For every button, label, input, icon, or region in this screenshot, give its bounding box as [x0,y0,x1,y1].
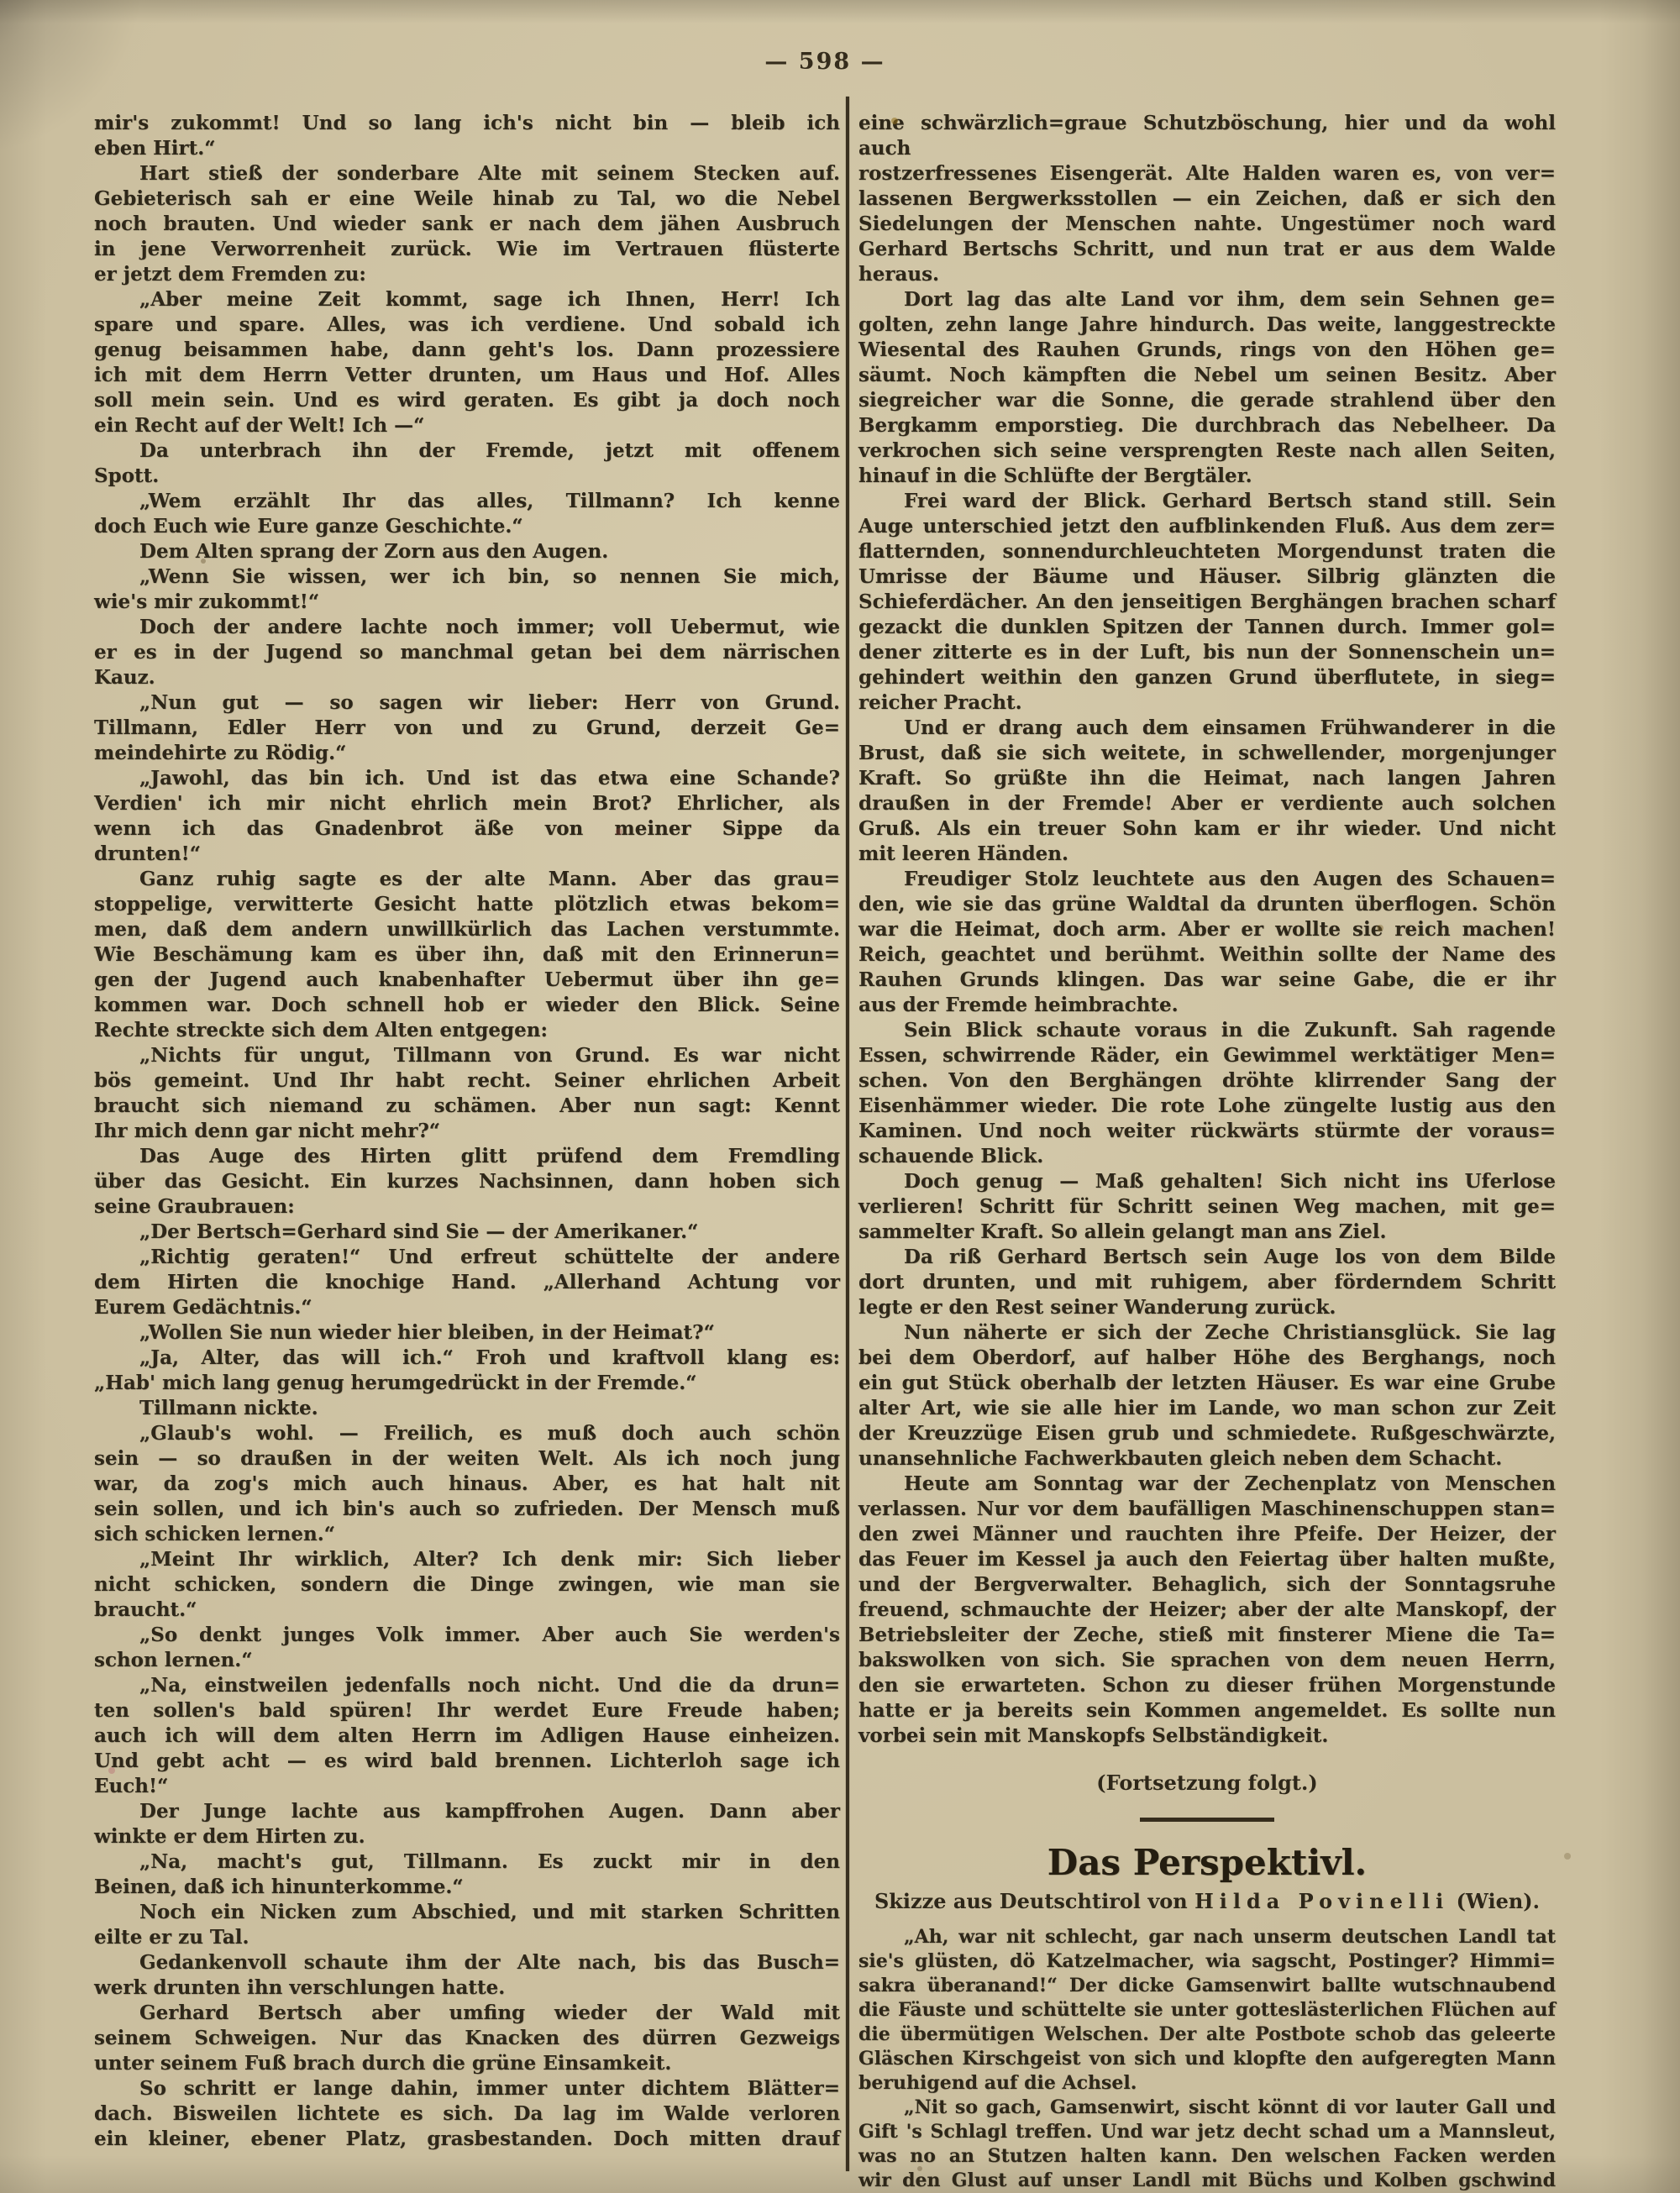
text-line: Siedelungen der Menschen nahte. Ungestüm… [858,212,1556,237]
text-line: braucht sich niemand zu schämen. Aber nu… [94,1094,840,1119]
text-line: vorbei sein mit Manskopfs Selbständigkei… [858,1723,1556,1749]
text-line: „Aber meine Zeit kommt, sage ich Ihnen, … [94,287,840,312]
text-line: „So denkt junges Volk immer. Aber auch S… [94,1623,840,1648]
text-line: seinem Schweigen. Nur das Knacken des dü… [94,2026,840,2051]
text-line: über das Gesicht. Ein kurzes Nachsinnen,… [94,1169,840,1194]
text-line: Dort lag das alte Land vor ihm, dem sein… [858,287,1556,312]
text-line: Gift 's Schlagl treffen. Und war jetz de… [858,2120,1556,2144]
text-line: er jetzt dem Fremden zu: [94,262,840,287]
text-line: Da unterbrach ihn der Fremde, jetzt mit … [94,438,840,464]
paragraph: Hart stieß der sonderbare Alte mit seine… [94,161,840,287]
text-line: Freudiger Stolz leuchtete aus den Augen … [858,867,1556,892]
text-line: sein — so draußen in der weiten Welt. Al… [94,1446,840,1472]
paragraph: „Der Bertsch=Gerhard sind Sie — der Amer… [94,1220,840,1245]
text-line: Wiesental des Rauhen Grunds, rings von d… [858,338,1556,363]
text-line: braucht.“ [94,1598,840,1623]
paragraph: „Nun gut — so sagen wir lieber: Herr von… [94,690,840,766]
text-line: das Feuer im Kessel ja auch den Feiertag… [858,1547,1556,1572]
text-line: Der Junge lachte aus kampffrohen Augen. … [94,1799,840,1824]
left-column: mir's zukommt! Und so lang ich's nicht b… [94,111,840,2152]
text-line: Verdien' ich mir nicht ehrlich mein Brot… [94,791,840,816]
byline-suffix: (Wien). [1449,1889,1540,1913]
paragraph: Sein Blick schaute voraus in die Zukunft… [858,1018,1556,1169]
text-line: mir's zukommt! Und so lang ich's nicht b… [94,111,840,136]
text-line: Rechte streckte sich dem Alten entgegen: [94,1018,840,1043]
paper-specks [0,0,3,3]
text-line: Heute am Sonntag war der Zechenplatz von… [858,1472,1556,1497]
page-number: — 598 — [94,49,1556,75]
text-line: Ihr mich denn gar nicht mehr?“ [94,1119,840,1144]
text-line: ten sollen's bald spüren! Ihr werdet Eur… [94,1698,840,1723]
text-line: Bergkamm emporstieg. Die durchbrach das … [858,413,1556,438]
paragraph: „Nichts für ungut, Tillmann von Grund. E… [94,1043,840,1144]
paragraph: eine schwärzlich=graue Schutzböschung, h… [858,111,1556,287]
text-line: reicher Pracht. [858,690,1556,716]
text-line: mit leeren Händen. [858,842,1556,867]
text-line: Gläschen Kirschgeist von sich und klopft… [858,2047,1556,2071]
text-line: dort drunten, und mit ruhigem, aber förd… [858,1270,1556,1295]
text-line: Noch ein Nicken zum Abschied, und mit st… [94,1900,840,1925]
text-line: „Der Bertsch=Gerhard sind Sie — der Amer… [94,1220,840,1245]
text-line: „Jawohl, das bin ich. Und ist das etwa e… [94,766,840,791]
text-line: Sein Blick schaute voraus in die Zukunft… [858,1018,1556,1043]
text-line: aus der Fremde heimbrachte. [858,993,1556,1018]
paragraph: Gerhard Bertsch aber umfing wieder der W… [94,2001,840,2076]
paragraph: „Jawohl, das bin ich. Und ist das etwa e… [94,766,840,867]
story-title: Das Perspektivl. [858,1844,1556,1882]
text-line: siegreicher war die Sonne, die gerade st… [858,388,1556,413]
paragraph: Doch genug — Maß gehalten! Sich nicht in… [858,1169,1556,1245]
text-line: nicht schicken, sondern die Dinge zwinge… [94,1572,840,1598]
paragraph: „Wollen Sie nun wieder hier bleiben, in … [94,1320,840,1346]
text-line: Das Auge des Hirten glitt prüfend dem Fr… [94,1144,840,1169]
text-line: „Nichts für ungut, Tillmann von Grund. E… [94,1043,840,1068]
paragraph: Dem Alten sprang der Zorn aus den Augen. [94,539,840,564]
text-line: beruhigend auf die Achsel. [858,2071,1556,2096]
text-line: Wie Beschämung kam es über ihn, daß mit … [94,942,840,968]
text-line: „Nun gut — so sagen wir lieber: Herr von… [94,690,840,716]
text-line: meindehirte zu Rödig.“ [94,741,840,766]
text-line: genug beisammen habe, dann geht's los. D… [94,338,840,363]
text-line: säumt. Noch kämpften die Nebel um seinen… [858,363,1556,388]
text-line: winkte er dem Hirten zu. [94,1824,840,1849]
text-line: rostzerfressenes Eisengerät. Alte Halden… [858,161,1556,186]
text-line: „Wollen Sie nun wieder hier bleiben, in … [94,1320,840,1346]
paragraph: So schritt er lange dahin, immer unter d… [94,2076,840,2152]
text-line: den, wie sie das grüne Waldtal da drunte… [858,892,1556,917]
text-line: was no an Stutzen halten kann. Den welsc… [858,2144,1556,2169]
text-line: ich mit dem Herrn Vetter drunten, um Hau… [94,363,840,388]
text-line: eilte er zu Tal. [94,1925,840,1950]
text-line: Beinen, daß ich hinunterkomme.“ [94,1875,840,1900]
text-line: „Meint Ihr wirklich, Alter? Ich denk mir… [94,1547,840,1572]
text-line: schen. Von den Berghängen dröhte klirren… [858,1068,1556,1094]
text-line: Gruß. Als ein treuer Sohn kam er ihr wie… [858,816,1556,842]
byline-author: Hilda Povinelli [1194,1889,1449,1913]
text-line: Tillmann nickte. [94,1396,840,1421]
text-line: die Fäuste und schüttelte sie unter gott… [858,1998,1556,2022]
paragraph: Ganz ruhig sagte es der alte Mann. Aber … [94,867,840,1043]
text-line: er es in der Jugend so manchmal getan be… [94,640,840,665]
text-line: flatternden, sonnendurchleuchteten Morge… [858,539,1556,564]
text-line: wenn ich das Gnadenbrot äße von meiner S… [94,816,840,842]
text-line: sammelter Kraft. So allein gelangt man a… [858,1220,1556,1245]
paragraph: „Aber meine Zeit kommt, sage ich Ihnen, … [94,287,840,438]
text-line: Essen, schwirrende Räder, ein Gewimmel w… [858,1043,1556,1068]
text-line: golten, zehn lange Jahre hindurch. Das w… [858,312,1556,338]
text-line: Eisenhämmer wieder. Die rote Lohe züngel… [858,1094,1556,1119]
paragraph: Der Junge lachte aus kampffrohen Augen. … [94,1799,840,1849]
text-line: eben Hirt.“ [94,136,840,161]
text-line: und der Bergverwalter. Behaglich, sich d… [858,1572,1556,1598]
text-line: Gerhard Bertschs Schritt, und nun trat e… [858,237,1556,262]
text-line: unansehnliche Fachwerkbauten gleich nebe… [858,1446,1556,1472]
paragraph: Tillmann nickte. [94,1396,840,1421]
text-line: wie's mir zukommt!“ [94,590,840,615]
text-line: Gebieterisch sah er eine Weile hinab zu … [94,186,840,212]
text-line: der Kreuzzüge Eisen grub und schmiedete.… [858,1421,1556,1446]
text-line: Kauz. [94,665,840,690]
text-line: war, da zog's mich auch hinaus. Aber, es… [94,1472,840,1497]
text-line: Gedankenvoll schaute ihm der Alte nach, … [94,1950,840,1975]
paragraph: Frei ward der Blick. Gerhard Bertsch sta… [858,489,1556,716]
paragraph: Nun näherte er sich der Zeche Christians… [858,1320,1556,1472]
text-line: Brust, daß sie sich weitete, in schwelle… [858,741,1556,766]
text-line: men, daß dem andern unwillkürlich das La… [94,917,840,942]
serial-text: eine schwärzlich=graue Schutzböschung, h… [858,111,1556,1749]
text-line: wir den Glust auf unser Landl mit Büchs … [858,2169,1556,2193]
text-line: Spott. [94,464,840,489]
text-line: die übermütigen Welschen. Der alte Postb… [858,2022,1556,2047]
text-line: drunten!“ [94,842,840,867]
paragraph: „Meint Ihr wirklich, Alter? Ich denk mir… [94,1547,840,1623]
text-line: bös gemeint. Und Ihr habt recht. Seiner … [94,1068,840,1094]
text-line: sich schicken lernen.“ [94,1522,840,1547]
text-line: Doch genug — Maß gehalten! Sich nicht in… [858,1169,1556,1194]
text-line: Und gebt acht — es wird bald brennen. Li… [94,1749,840,1774]
paragraph: „Wem erzählt Ihr das alles, Tillmann? Ic… [94,489,840,539]
text-line: legte er den Rest seiner Wanderung zurüc… [858,1295,1556,1320]
text-line: soll mein sein. Und es wird geraten. Es … [94,388,840,413]
text-line: ein Recht auf der Welt! Ich —“ [94,413,840,438]
paragraph: „Ah, war nit schlecht, gar nach unserm d… [858,1925,1556,2096]
text-line: alter Art, wie sie alle hier im Lande, w… [858,1396,1556,1421]
text-line: Doch der andere lachte noch immer; voll … [94,615,840,640]
text-line: unter seinem Fuß brach durch die grüne E… [94,2051,840,2076]
text-line: „Glaub's wohl. — Freilich, es muß doch a… [94,1421,840,1446]
text-line: Dem Alten sprang der Zorn aus den Augen. [94,539,840,564]
text-line: Tillmann, Edler Herr von und zu Grund, d… [94,716,840,741]
text-line: Rauhen Grunds klingen. Das war seine Gab… [858,968,1556,993]
text-line: Kraft. So grüßte ihn die Heimat, nach la… [858,766,1556,791]
paragraph: Gedankenvoll schaute ihm der Alte nach, … [94,1950,840,2001]
text-line: dener zitterte es in der Luft, bis nun d… [858,640,1556,665]
column-divider-rule [846,97,849,2171]
paragraph: Und er drang auch dem einsamen Frühwande… [858,716,1556,867]
text-line: Da riß Gerhard Bertsch sein Auge los von… [858,1245,1556,1270]
text-line: Frei ward der Blick. Gerhard Bertsch sta… [858,489,1556,514]
text-line: „Na, einstweilen jedenfalls noch nicht. … [94,1673,840,1698]
text-line: Kaminen. Und noch weiter rückwärts stürm… [858,1119,1556,1144]
text-line: den sie erwarteten. Schon zu dieser früh… [858,1673,1556,1698]
text-line: Auge unterschied jetzt den aufblinkenden… [858,514,1556,539]
paragraph: „Na, einstweilen jedenfalls noch nicht. … [94,1673,840,1799]
paragraph: „Wenn Sie wissen, wer ich bin, so nennen… [94,564,840,615]
text-line: „Ja, Alter, das will ich.“ Froh und kraf… [94,1346,840,1371]
scanned-page: — 598 — mir's zukommt! Und so lang ich's… [0,0,1680,2193]
text-line: kommen war. Doch schnell hob er wieder d… [94,993,840,1018]
text-line: verlassen. Nur vor dem baufälligen Masch… [858,1497,1556,1522]
text-line: ein kleiner, ebener Platz, grasbestanden… [94,2127,840,2152]
text-line: schon lernen.“ [94,1648,840,1673]
text-line: seine Graubrauen: [94,1194,840,1220]
paragraph: Heute am Sonntag war der Zechenplatz von… [858,1472,1556,1749]
text-line: werk drunten ihn verschlungen hatte. [94,1975,840,2001]
text-line: „Richtig geraten!“ Und erfreut schüttelt… [94,1245,840,1270]
text-line: „Hab' mich lang genug herumgedrückt in d… [94,1371,840,1396]
text-line: gezackt die dunklen Spitzen der Tannen d… [858,615,1556,640]
text-line: bei dem Oberdorf, auf halber Höhe des Be… [858,1346,1556,1371]
text-line: auch ich will dem alten Herrn im Adligen… [94,1723,840,1749]
text-line: spare und spare. Alles, was ich verdiene… [94,312,840,338]
text-line: Umrisse der Bäume und Häuser. Silbrig gl… [858,564,1556,590]
paragraph: Da unterbrach ihn der Fremde, jetzt mit … [94,438,840,489]
text-line: draußen in der Fremde! Aber er verdiente… [858,791,1556,816]
text-line: Hart stieß der sonderbare Alte mit seine… [94,161,840,186]
text-line: So schritt er lange dahin, immer unter d… [94,2076,840,2101]
paragraph: „So denkt junges Volk immer. Aber auch S… [94,1623,840,1673]
text-line: dach. Bisweilen lichtete es sich. Da lag… [94,2101,840,2127]
paragraph: Dort lag das alte Land vor ihm, dem sein… [858,287,1556,489]
text-line: Euch!“ [94,1774,840,1799]
text-line: noch brauten. Und wieder sank er nach de… [94,212,840,237]
paragraph: „Na, macht's gut, Tillmann. Es zuckt mir… [94,1849,840,1900]
text-line: schauende Blick. [858,1144,1556,1169]
right-column: eine schwärzlich=graue Schutzböschung, h… [858,111,1556,2193]
text-line: „Nit so gach, Gamsenwirt, sischt könnt d… [858,2096,1556,2120]
text-line: dem Hirten die knochige Hand. „Allerhand… [94,1270,840,1295]
paragraph: Das Auge des Hirten glitt prüfend dem Fr… [94,1144,840,1220]
section-divider-rule [1140,1818,1274,1822]
text-line: lassenen Bergwerksstollen — ein Zeichen,… [858,186,1556,212]
text-line: gehindert weithin den ganzen Grund überf… [858,665,1556,690]
text-line: den zwei Männer und rauchten ihre Pfeife… [858,1522,1556,1547]
text-line: ein gut Stück oberhalb der letzten Häuse… [858,1371,1556,1396]
paragraph: „Glaub's wohl. — Freilich, es muß doch a… [94,1421,840,1547]
paragraph: „Richtig geraten!“ Und erfreut schüttelt… [94,1245,840,1320]
text-line: „Wem erzählt Ihr das alles, Tillmann? Ic… [94,489,840,514]
text-line: verkrochen sich seine versprengten Reste… [858,438,1556,464]
text-line: sein sollen, und ich bin's auch so zufri… [94,1497,840,1522]
text-line: Eurem Gedächtnis.“ [94,1295,840,1320]
text-line: Und er drang auch dem einsamen Frühwande… [858,716,1556,741]
text-line: „Ah, war nit schlecht, gar nach unserm d… [858,1925,1556,1949]
text-line: Gerhard Bertsch aber umfing wieder der W… [94,2001,840,2026]
text-line: sie's glüsten, dö Katzelmacher, wia sags… [858,1949,1556,1974]
paragraph: Da riß Gerhard Bertsch sein Auge los von… [858,1245,1556,1320]
text-line: sakra überanand!“ Der dicke Gamsenwirt b… [858,1974,1556,1998]
text-line: eine schwärzlich=graue Schutzböschung, h… [858,111,1556,161]
story-byline: Skizze aus Deutschtirol von Hilda Povine… [858,1890,1556,1913]
text-line: gen der Jugend auch knabenhafter Uebermu… [94,968,840,993]
text-line: Betriebsleiter der Zeche, stieß mit fins… [858,1623,1556,1648]
text-line: doch Euch wie Eure ganze Geschichte.“ [94,514,840,539]
paragraph: Doch der andere lachte noch immer; voll … [94,615,840,690]
paragraph: mir's zukommt! Und so lang ich's nicht b… [94,111,840,161]
paragraph: Noch ein Nicken zum Abschied, und mit st… [94,1900,840,1950]
paragraph: „Nit so gach, Gamsenwirt, sischt könnt d… [858,2096,1556,2193]
text-line: Nun näherte er sich der Zeche Christians… [858,1320,1556,1346]
text-line: bakswolken von sich. Sie sprachen von de… [858,1648,1556,1673]
text-line: stoppelige, verwitterte Gesicht hatte pl… [94,892,840,917]
continuation-note: (Fortsetzung folgt.) [858,1771,1556,1796]
text-line: Schieferdächer. An den jenseitigen Bergh… [858,590,1556,615]
text-line: Reich, geachtet und berühmt. Weithin sol… [858,942,1556,968]
story-text: „Ah, war nit schlecht, gar nach unserm d… [858,1925,1556,2193]
text-line: verlieren! Schritt für Schritt seinen We… [858,1194,1556,1220]
text-line: „Na, macht's gut, Tillmann. Es zuckt mir… [94,1849,840,1875]
text-line: hinauf in die Schlüfte der Bergtäler. [858,464,1556,489]
text-line: freuend, schmauchte der Heizer; aber der… [858,1598,1556,1623]
paragraph: Freudiger Stolz leuchtete aus den Augen … [858,867,1556,1018]
paragraph: „Ja, Alter, das will ich.“ Froh und kraf… [94,1346,840,1396]
text-line: „Wenn Sie wissen, wer ich bin, so nennen… [94,564,840,590]
byline-prefix: Skizze aus Deutschtirol von [874,1889,1194,1913]
text-line: war die Heimat, doch arm. Aber er wollte… [858,917,1556,942]
text-line: in jene Verworrenheit zurück. Wie im Ver… [94,237,840,262]
text-line: heraus. [858,262,1556,287]
text-line: hatte er ja bereits sein Kommen angemeld… [858,1698,1556,1723]
text-line: Ganz ruhig sagte es der alte Mann. Aber … [94,867,840,892]
